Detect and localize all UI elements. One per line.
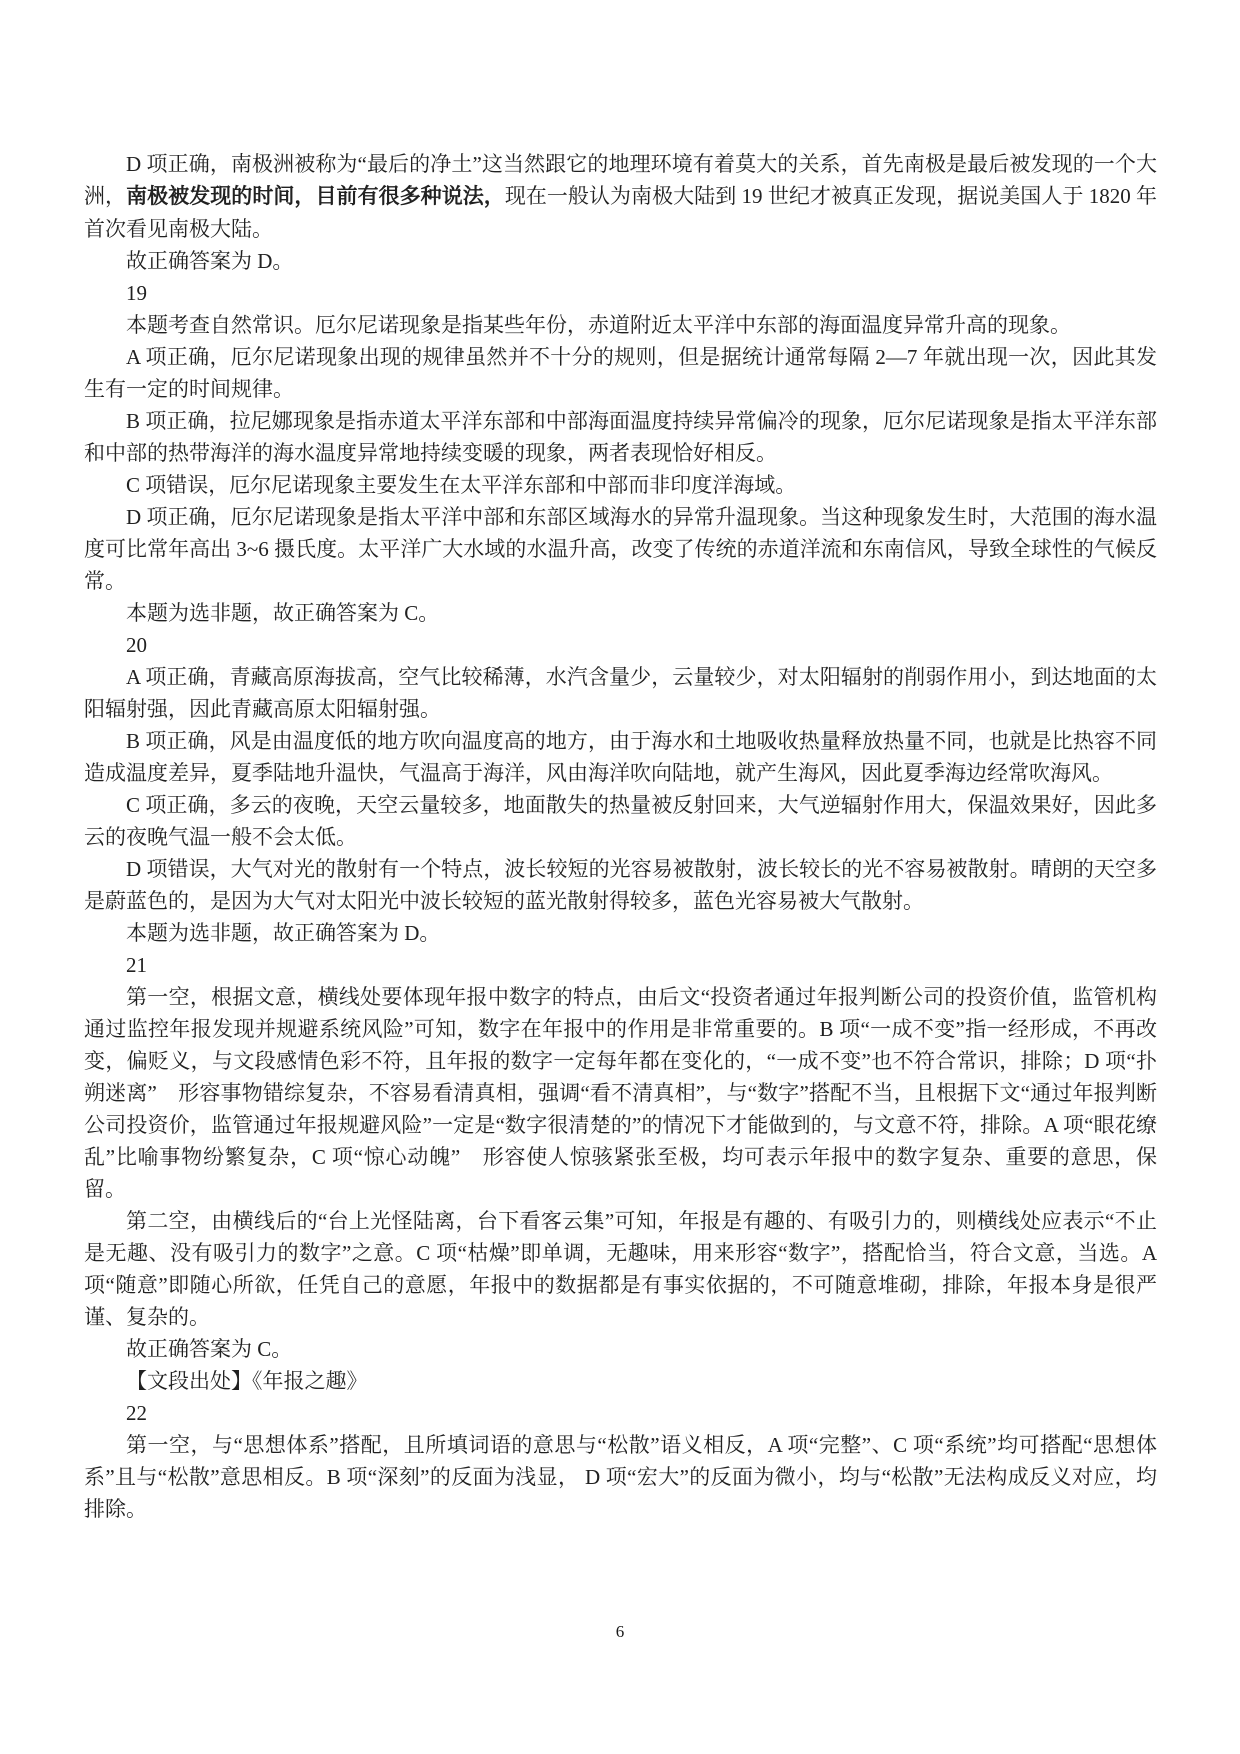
paragraph: 本题为选非题，故正确答案为 C。 — [84, 597, 1157, 629]
text-run: 21 — [126, 953, 147, 977]
text-run: 本题为选非题，故正确答案为 C。 — [126, 601, 439, 625]
question-number: 20 — [84, 629, 1157, 661]
question-number: 21 — [84, 949, 1157, 981]
paragraph: 第一空，根据文意，横线处要体现年报中数字的特点，由后文“投资者通过年报判断公司的… — [84, 981, 1157, 1205]
text-run: B 项正确，风是由温度低的地方吹向温度高的地方，由于海水和土地吸收热量释放热量不… — [84, 729, 1157, 785]
paragraph: D 项正确，厄尔尼诺现象是指太平洋中部和东部区域海水的异常升温现象。当这种现象发… — [84, 501, 1157, 597]
question-number: 19 — [84, 277, 1157, 309]
emphasis-text: 南极被发现的时间，目前有很多种说法， — [126, 185, 505, 208]
text-run: 本题考查自然常识。厄尔尼诺现象是指某些年份，赤道附近太平洋中东部的海面温度异常升… — [126, 313, 1071, 337]
page-number: 6 — [616, 1622, 625, 1641]
paragraph: A 项正确，青藏高原海拔高，空气比较稀薄，水汽含量少，云量较少，对太阳辐射的削弱… — [84, 661, 1157, 725]
text-run: C 项正确，多云的夜晚，天空云量较多，地面散失的热量被反射回来，大气逆辐射作用大… — [84, 793, 1157, 849]
paragraph: B 项正确，拉尼娜现象是指赤道太平洋东部和中部海面温度持续异常偏冷的现象，厄尔尼… — [84, 405, 1157, 469]
paragraph: 本题考查自然常识。厄尔尼诺现象是指某些年份，赤道附近太平洋中东部的海面温度异常升… — [84, 309, 1157, 341]
text-run: D 项错误，大气对光的散射有一个特点，波长较短的光容易被散射，波长较长的光不容易… — [84, 857, 1157, 913]
paragraph: D 项正确，南极洲被称为“最后的净土”这当然跟它的地理环境有着莫大的关系，首先南… — [84, 148, 1157, 245]
paragraph: 故正确答案为 C。 — [84, 1333, 1157, 1365]
paragraph: 故正确答案为 D。 — [84, 245, 1157, 277]
paragraph: A 项正确，厄尔尼诺现象出现的规律虽然并不十分的规则，但是据统计通常每隔 2—7… — [84, 341, 1157, 405]
text-run: 故正确答案为 C。 — [126, 1337, 292, 1361]
document-page: D 项正确，南极洲被称为“最后的净土”这当然跟它的地理环境有着莫大的关系，首先南… — [0, 0, 1240, 1754]
paragraph: 第一空，与“思想体系”搭配，且所填词语的意思与“松散”语义相反，A 项“完整”、… — [84, 1429, 1157, 1525]
text-run: 第一空，根据文意，横线处要体现年报中数字的特点，由后文“投资者通过年报判断公司的… — [84, 985, 1157, 1201]
text-run: 故正确答案为 D。 — [126, 249, 293, 273]
text-run: 【文段出处】《年报之趣》 — [126, 1369, 368, 1393]
text-run: 20 — [126, 633, 147, 657]
text-run: 22 — [126, 1401, 147, 1425]
text-run: A 项正确，青藏高原海拔高，空气比较稀薄，水汽含量少，云量较少，对太阳辐射的削弱… — [84, 665, 1157, 721]
text-run: 第二空，由横线后的“台上光怪陆离，台下看客云集”可知，年报是有趣的、有吸引力的，… — [84, 1209, 1157, 1329]
text-run: B 项正确，拉尼娜现象是指赤道太平洋东部和中部海面温度持续异常偏冷的现象，厄尔尼… — [84, 409, 1157, 465]
paragraph: C 项错误，厄尔尼诺现象主要发生在太平洋东部和中部而非印度洋海域。 — [84, 469, 1157, 501]
text-run: 19 — [126, 281, 147, 305]
paragraph: B 项正确，风是由温度低的地方吹向温度高的地方，由于海水和土地吸收热量释放热量不… — [84, 725, 1157, 789]
paragraph: D 项错误，大气对光的散射有一个特点，波长较短的光容易被散射，波长较长的光不容易… — [84, 853, 1157, 917]
question-number: 22 — [84, 1397, 1157, 1429]
text-run: 本题为选非题，故正确答案为 D。 — [126, 921, 440, 945]
paragraph: C 项正确，多云的夜晚，天空云量较多，地面散失的热量被反射回来，大气逆辐射作用大… — [84, 789, 1157, 853]
answer-explanations-body: D 项正确，南极洲被称为“最后的净土”这当然跟它的地理环境有着莫大的关系，首先南… — [84, 148, 1157, 1525]
text-run: C 项错误，厄尔尼诺现象主要发生在太平洋东部和中部而非印度洋海域。 — [126, 473, 796, 497]
text-run: A 项正确，厄尔尼诺现象出现的规律虽然并不十分的规则，但是据统计通常每隔 2—7… — [84, 345, 1157, 401]
text-run: 第一空，与“思想体系”搭配，且所填词语的意思与“松散”语义相反，A 项“完整”、… — [84, 1433, 1157, 1521]
source-note: 【文段出处】《年报之趣》 — [84, 1365, 1157, 1397]
page-footer: 6 — [0, 1622, 1240, 1642]
text-run: D 项正确，厄尔尼诺现象是指太平洋中部和东部区域海水的异常升温现象。当这种现象发… — [84, 505, 1157, 593]
paragraph: 第二空，由横线后的“台上光怪陆离，台下看客云集”可知，年报是有趣的、有吸引力的，… — [84, 1205, 1157, 1333]
paragraph: 本题为选非题，故正确答案为 D。 — [84, 917, 1157, 949]
